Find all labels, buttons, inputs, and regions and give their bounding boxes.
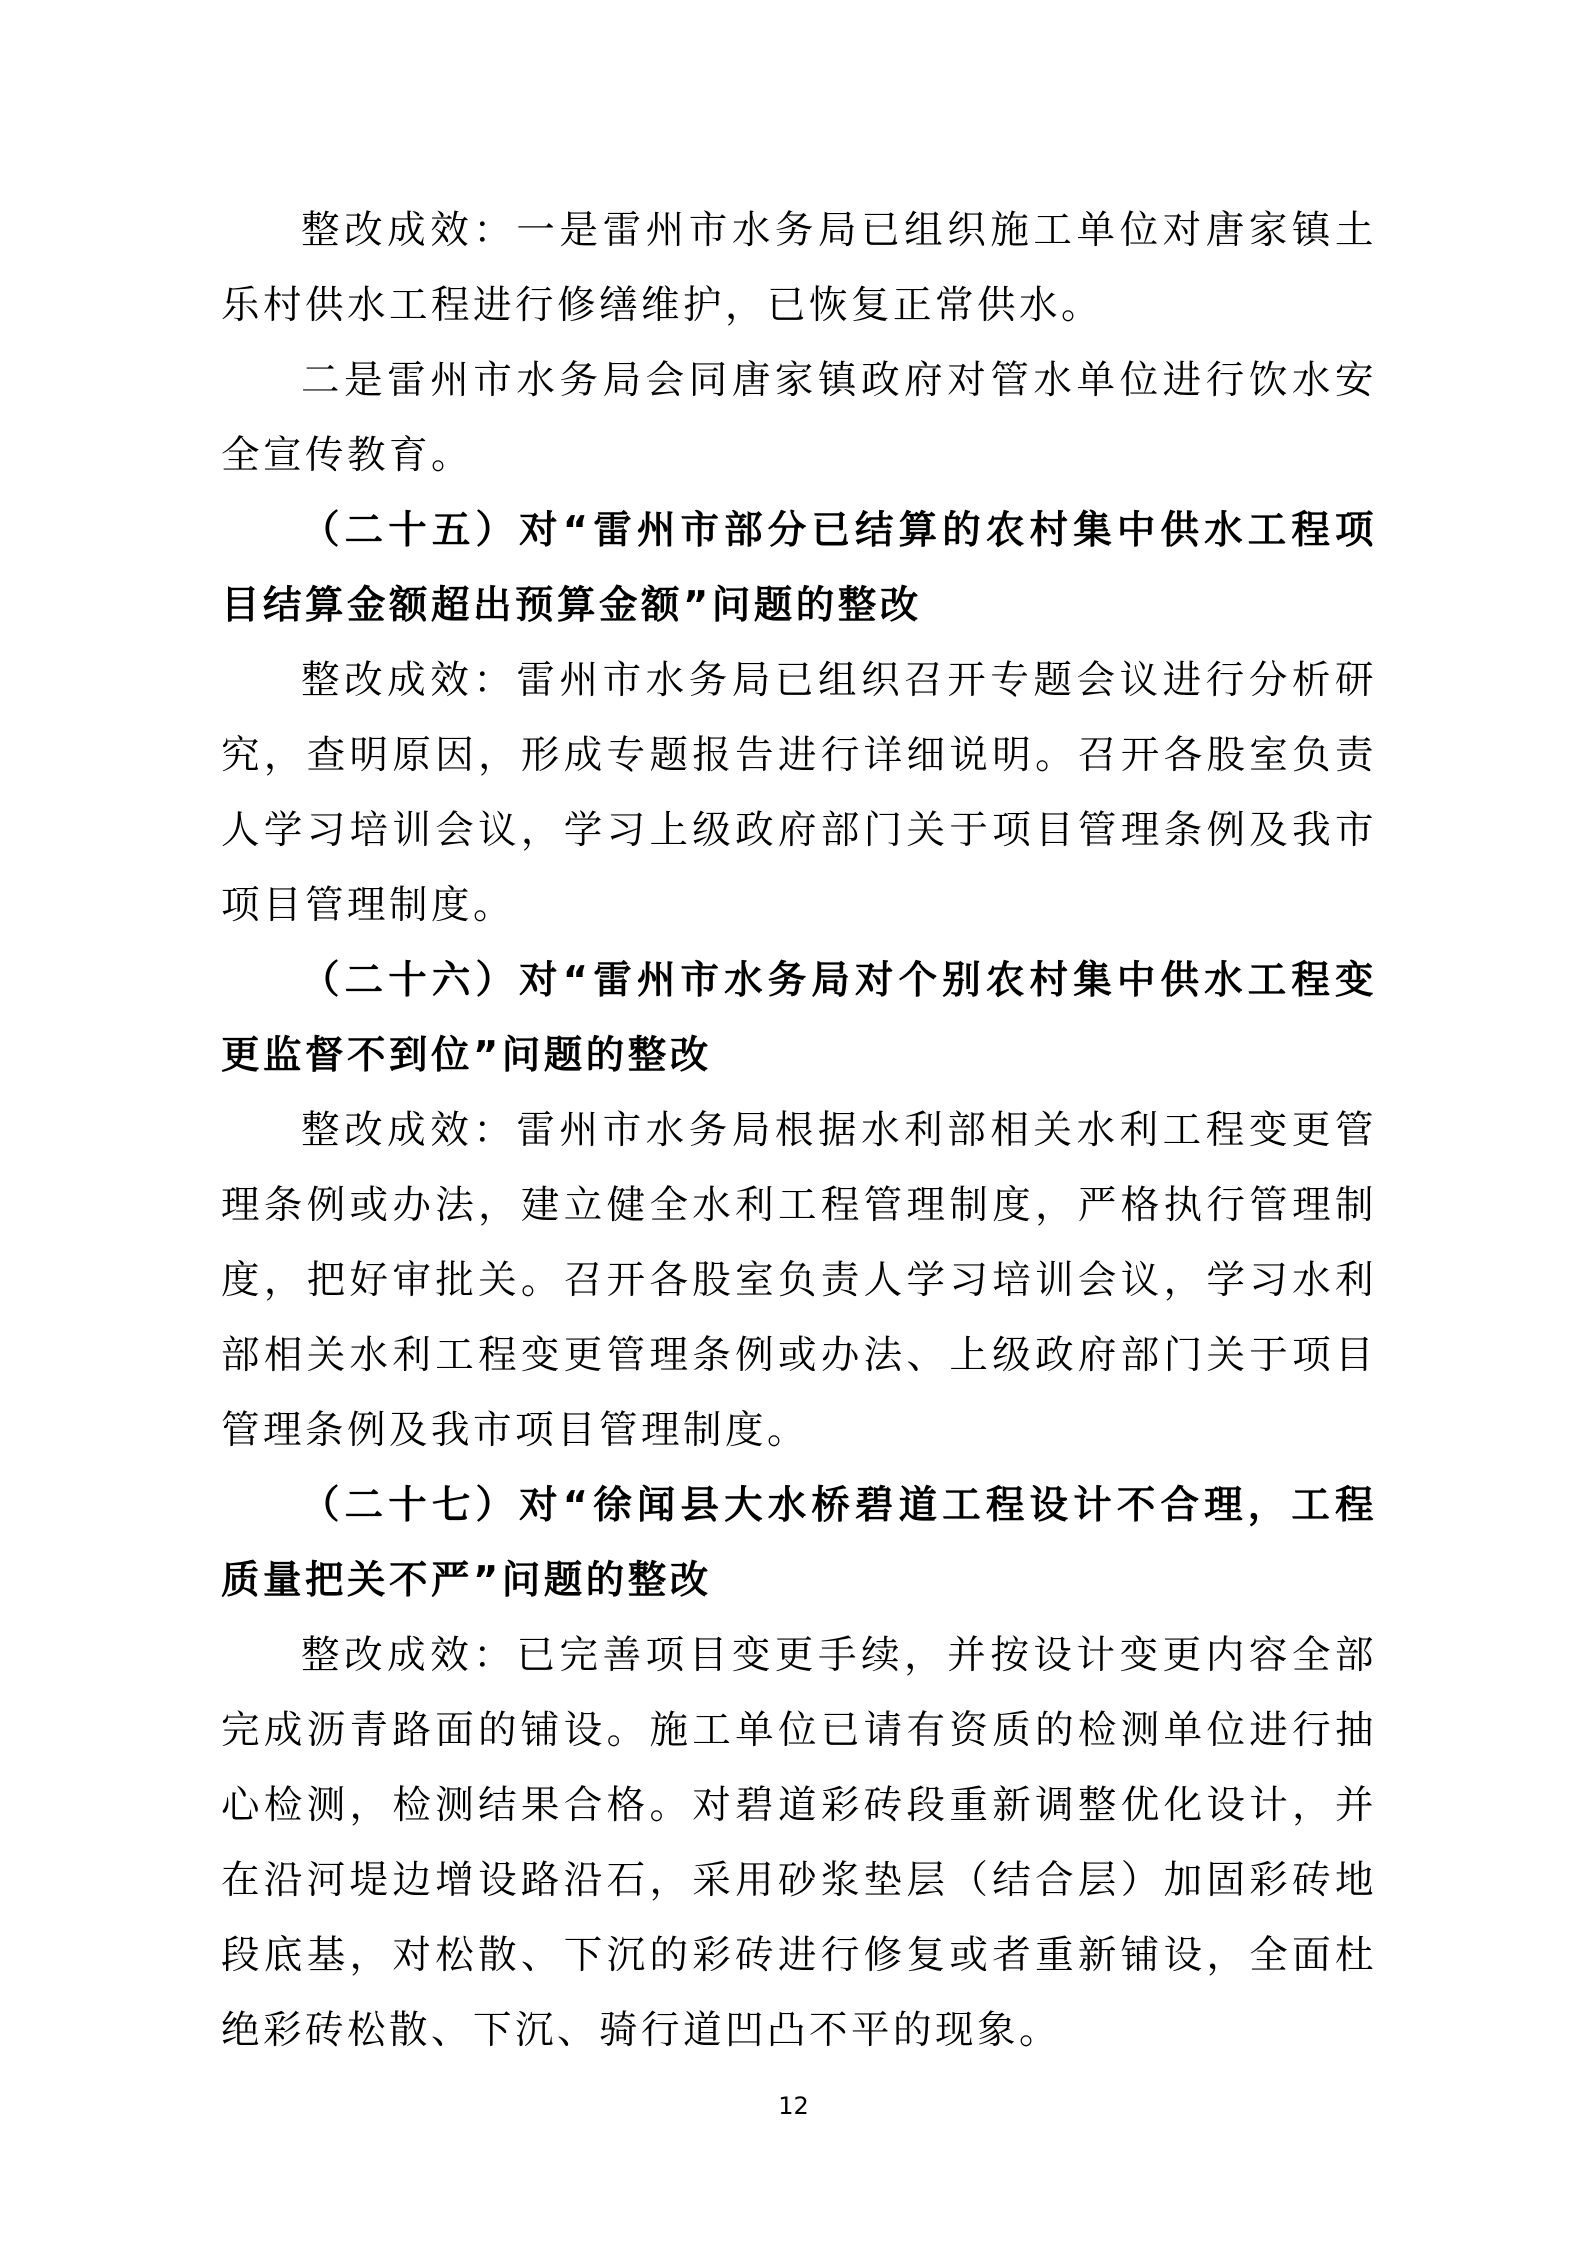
document-page: 整改成效：一是雷州市水务局已组织施工单位对唐家镇土乐村供水工程进行修缮维护，已恢… [0, 0, 1587, 2245]
paragraph-result-27: 整改成效：已完善项目变更手续，并按设计变更内容全部完成沥青路面的铺设。施工单位已… [221, 1618, 1377, 2068]
paragraph-result-1: 整改成效：一是雷州市水务局已组织施工单位对唐家镇土乐村供水工程进行修缮维护，已恢… [221, 193, 1377, 343]
document-body: 整改成效：一是雷州市水务局已组织施工单位对唐家镇土乐村供水工程进行修缮维护，已恢… [221, 193, 1377, 2068]
paragraph-result-26: 整改成效：雷州市水务局根据水利部相关水利工程变更管理条例或办法，建立健全水利工程… [221, 1093, 1377, 1468]
section-heading-25: （二十五）对“雷州市部分已结算的农村集中供水工程项目结算金额超出预算金额”问题的… [221, 493, 1377, 643]
paragraph-result-25: 整改成效：雷州市水务局已组织召开专题会议进行分析研究，查明原因，形成专题报告进行… [221, 643, 1377, 943]
page-number: 12 [0, 2092, 1587, 2120]
section-heading-26: （二十六）对“雷州市水务局对个别农村集中供水工程变更监督不到位”问题的整改 [221, 943, 1377, 1093]
paragraph-result-2: 二是雷州市水务局会同唐家镇政府对管水单位进行饮水安全宣传教育。 [221, 343, 1377, 493]
section-heading-27: （二十七）对“徐闻县大水桥碧道工程设计不合理，工程质量把关不严”问题的整改 [221, 1468, 1377, 1618]
